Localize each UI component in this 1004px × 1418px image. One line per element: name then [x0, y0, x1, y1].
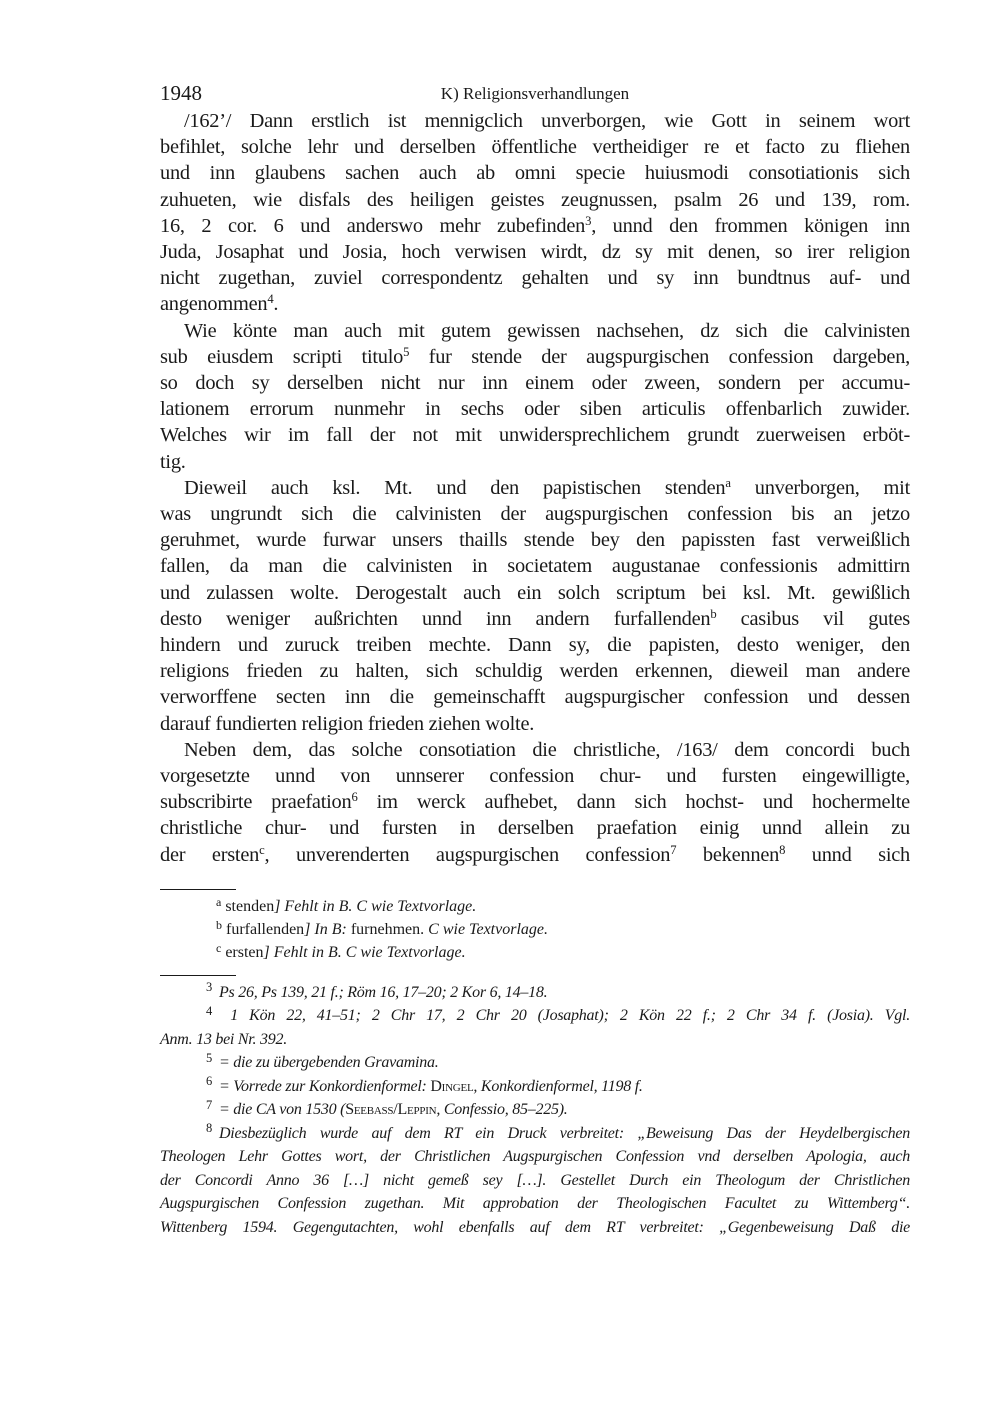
apparatus-entry-b: bfurfallenden] In B: furnehmen. C wie Te…	[160, 918, 910, 941]
footnote-number: 3	[206, 980, 212, 994]
text-line: Neben dem, das solche consotiation die c…	[160, 737, 910, 763]
text-segment: angenommen	[160, 293, 267, 315]
footnote-line: Wittenberg 1594. Gegengutachten, wohl eb…	[160, 1216, 910, 1240]
footnote-line: 4 1 Kön 22, 41–51; 2 Chr 17, 2 Chr 20 (J…	[160, 1004, 910, 1028]
apparatus-entry-a: astenden] Fehlt in B. C wie Textvorlage.	[160, 895, 910, 918]
author-name: Seebass/Leppin	[345, 1101, 436, 1118]
paragraph-4: Neben dem, das solche consotiation die c…	[160, 737, 910, 868]
apparatus-entry-c: cersten] Fehlt in B. C wie Textvorlage.	[160, 941, 910, 964]
footnote-text: = Vorrede zur Konkordienformel:	[219, 1078, 430, 1095]
footnote-number: 4	[206, 1004, 212, 1018]
main-text: /162’/ Dann erstlich ist mennigclich unv…	[160, 108, 910, 868]
text-line: nicht zugethan, zuviel correspondentz ge…	[160, 265, 910, 291]
text-line: christliche chur- und fursten in derselb…	[160, 815, 910, 841]
text-segment: im werck aufhebet, dann sich hochst- und…	[358, 791, 910, 813]
text-segment: 16, 2 cor. 6 und anderswo mehr zubefinde…	[160, 215, 585, 237]
footnote-line: 5= die zu übergebenden Gravamina.	[160, 1051, 910, 1075]
text-line: desto weniger außrichten unnd inn andern…	[160, 606, 910, 632]
text-line: und inn glaubens sachen auch ab omni spe…	[160, 160, 910, 186]
footnote-line: Augspurgischen Confession zugethan. Mit …	[160, 1192, 910, 1216]
text-segment: desto weniger außrichten unnd inn andern…	[160, 608, 710, 630]
footnote-text: = die CA von 1530 (	[219, 1101, 345, 1118]
text-line: angenommen4.	[160, 291, 910, 317]
footnote-text: , Konkordienformel, 1198 f.	[473, 1078, 642, 1095]
critical-apparatus: astenden] Fehlt in B. C wie Textvorlage.…	[160, 889, 910, 964]
text-line: zuhueten, wie disfals des heiligen geist…	[160, 187, 910, 213]
apparatus-lemma: stenden	[225, 898, 274, 915]
footnotes-separator	[160, 975, 236, 976]
footnote-7: 7= die CA von 1530 (Seebass/Leppin, Conf…	[160, 1098, 910, 1122]
footnotes: 3Ps 26, Ps 139, 21 f.; Röm 16, 17–20; 2 …	[160, 975, 910, 1240]
footnote-8: 8Diesbezüglich wurde auf dem RT ein Druc…	[160, 1122, 910, 1240]
text-segment: bekennen	[676, 844, 779, 866]
footnote-text: , Confessio, 85–225).	[436, 1101, 567, 1118]
footnote-line: Theologen Lehr Gottes wort, der Christli…	[160, 1145, 910, 1169]
text-line: vorgesetzte unnd von unnserer confession…	[160, 763, 910, 789]
footnote-6: 6= Vorrede zur Konkordienformel: Dingel,…	[160, 1075, 910, 1099]
text-line: befihlet, solche lehr und derselben öffe…	[160, 134, 910, 160]
text-segment: fur stende der augspurgischen confession…	[409, 346, 910, 368]
paragraph-2: Wie könte man auch mit gutem gewissen na…	[160, 318, 910, 475]
text-line: und zulassen wolte. Derogestalt auch ein…	[160, 580, 910, 606]
text-segment: sub eiusdem scripti titulo	[160, 346, 403, 368]
footnote-number: 5	[206, 1051, 212, 1065]
running-title: K) Religionsverhandlungen	[160, 79, 910, 109]
footnote-text: Ps 26, Ps 139, 21 f.; Röm 16, 17–20; 2 K…	[219, 984, 547, 1001]
text-segment: subscribirte praefation	[160, 791, 351, 813]
author-name: Dingel	[430, 1078, 473, 1095]
footnote-number: 8	[206, 1121, 212, 1135]
text-line: geruhmet, wurde furwar unsers thaills st…	[160, 527, 910, 553]
apparatus-variant: furnehmen.	[347, 921, 428, 938]
apparatus-lemma: furfallenden	[226, 921, 304, 938]
footnote-line: 8Diesbezüglich wurde auf dem RT ein Druc…	[160, 1122, 910, 1146]
apparatus-lemma: ersten	[225, 944, 263, 961]
text-line: Juda, Josaphat und Josia, hoch verwisen …	[160, 239, 910, 265]
footnote-text: 1 Kön 22, 41–51; 2 Chr 17, 2 Chr 20 (Jos…	[219, 1007, 910, 1024]
text-line: 16, 2 cor. 6 und anderswo mehr zubefinde…	[160, 213, 910, 239]
text-line: religions frieden zu halten, sich schuld…	[160, 658, 910, 684]
text-line: subscribirte praefation6 im werck aufheb…	[160, 789, 910, 815]
text-line: was ungrundt sich die calvinisten der au…	[160, 501, 910, 527]
footnote-line: 3Ps 26, Ps 139, 21 f.; Röm 16, 17–20; 2 …	[160, 981, 910, 1005]
footnote-line: der Concordi Anno 36 […] nicht gemeß sey…	[160, 1169, 910, 1193]
text-line: der erstenc, unverenderten augspurgische…	[160, 842, 910, 868]
apparatus-separator	[160, 889, 236, 890]
text-segment: casibus vil gutes	[716, 608, 910, 630]
footnote-line: 6= Vorrede zur Konkordienformel: Dingel,…	[160, 1075, 910, 1099]
footnote-5: 5= die zu übergebenden Gravamina.	[160, 1051, 910, 1075]
text-segment: unnd sich	[785, 844, 910, 866]
text-segment: , unverenderten augspurgischen confessio…	[264, 844, 670, 866]
text-line: hindern und zuruck treiben mechte. Dann …	[160, 632, 910, 658]
text-line: Dieweil auch ksl. Mt. und den papistisch…	[160, 475, 910, 501]
text-segment: Dieweil auch ksl. Mt. und den papistisch…	[184, 477, 725, 499]
text-segment: , unnd den frommen königen inn	[591, 215, 910, 237]
text-line: tig.	[160, 449, 910, 475]
apparatus-note: ] Fehlt in B. C wie Textvorlage.	[264, 944, 466, 961]
footnote-number: 7	[206, 1098, 212, 1112]
running-head: 1948 K) Religionsverhandlungen	[160, 78, 910, 108]
footnote-3: 3Ps 26, Ps 139, 21 f.; Röm 16, 17–20; 2 …	[160, 981, 910, 1005]
text-line: so doch sy derselben nicht nur inn einem…	[160, 370, 910, 396]
text-line: /162’/ Dann erstlich ist mennigclich unv…	[160, 108, 910, 134]
text-segment: unverborgen, mit	[731, 477, 910, 499]
text-line: Wie könte man auch mit gutem gewissen na…	[160, 318, 910, 344]
text-line: lationem errorum nunmehr in sechs oder s…	[160, 396, 910, 422]
footnote-line: Anm. 13 bei Nr. 392.	[160, 1028, 910, 1052]
apparatus-note: ] In B:	[304, 921, 347, 938]
apparatus-mark: b	[216, 918, 222, 932]
apparatus-mark: c	[216, 941, 221, 955]
footnote-text: = die zu übergebenden Gravamina.	[219, 1054, 439, 1071]
text-line: Welches wir im fall der not mit unwiders…	[160, 422, 910, 448]
paragraph-3: Dieweil auch ksl. Mt. und den papistisch…	[160, 475, 910, 737]
footnote-text: Diesbezüglich wurde auf dem RT ein Druck…	[219, 1125, 910, 1142]
footnote-line: 7= die CA von 1530 (Seebass/Leppin, Conf…	[160, 1098, 910, 1122]
text-segment: .	[273, 293, 278, 315]
text-line: fallen, da man die calvinisten in societ…	[160, 553, 910, 579]
apparatus-note: C wie Textvorlage.	[428, 921, 548, 938]
text-segment: der ersten	[160, 844, 259, 866]
footnote-4: 4 1 Kön 22, 41–51; 2 Chr 17, 2 Chr 20 (J…	[160, 1004, 910, 1051]
text-line: sub eiusdem scripti titulo5 fur stende d…	[160, 344, 910, 370]
text-line: verworffene secten inn die gemeinschafft…	[160, 684, 910, 710]
footnote-number: 6	[206, 1074, 212, 1088]
document-page: 1948 K) Religionsverhandlungen /162’/ Da…	[160, 78, 910, 1239]
text-line: darauf fundierten religion frieden ziehe…	[160, 711, 910, 737]
paragraph-1: /162’/ Dann erstlich ist mennigclich unv…	[160, 108, 910, 318]
apparatus-note: ] Fehlt in B. C wie Textvorlage.	[274, 898, 476, 915]
apparatus-mark: a	[216, 895, 221, 909]
